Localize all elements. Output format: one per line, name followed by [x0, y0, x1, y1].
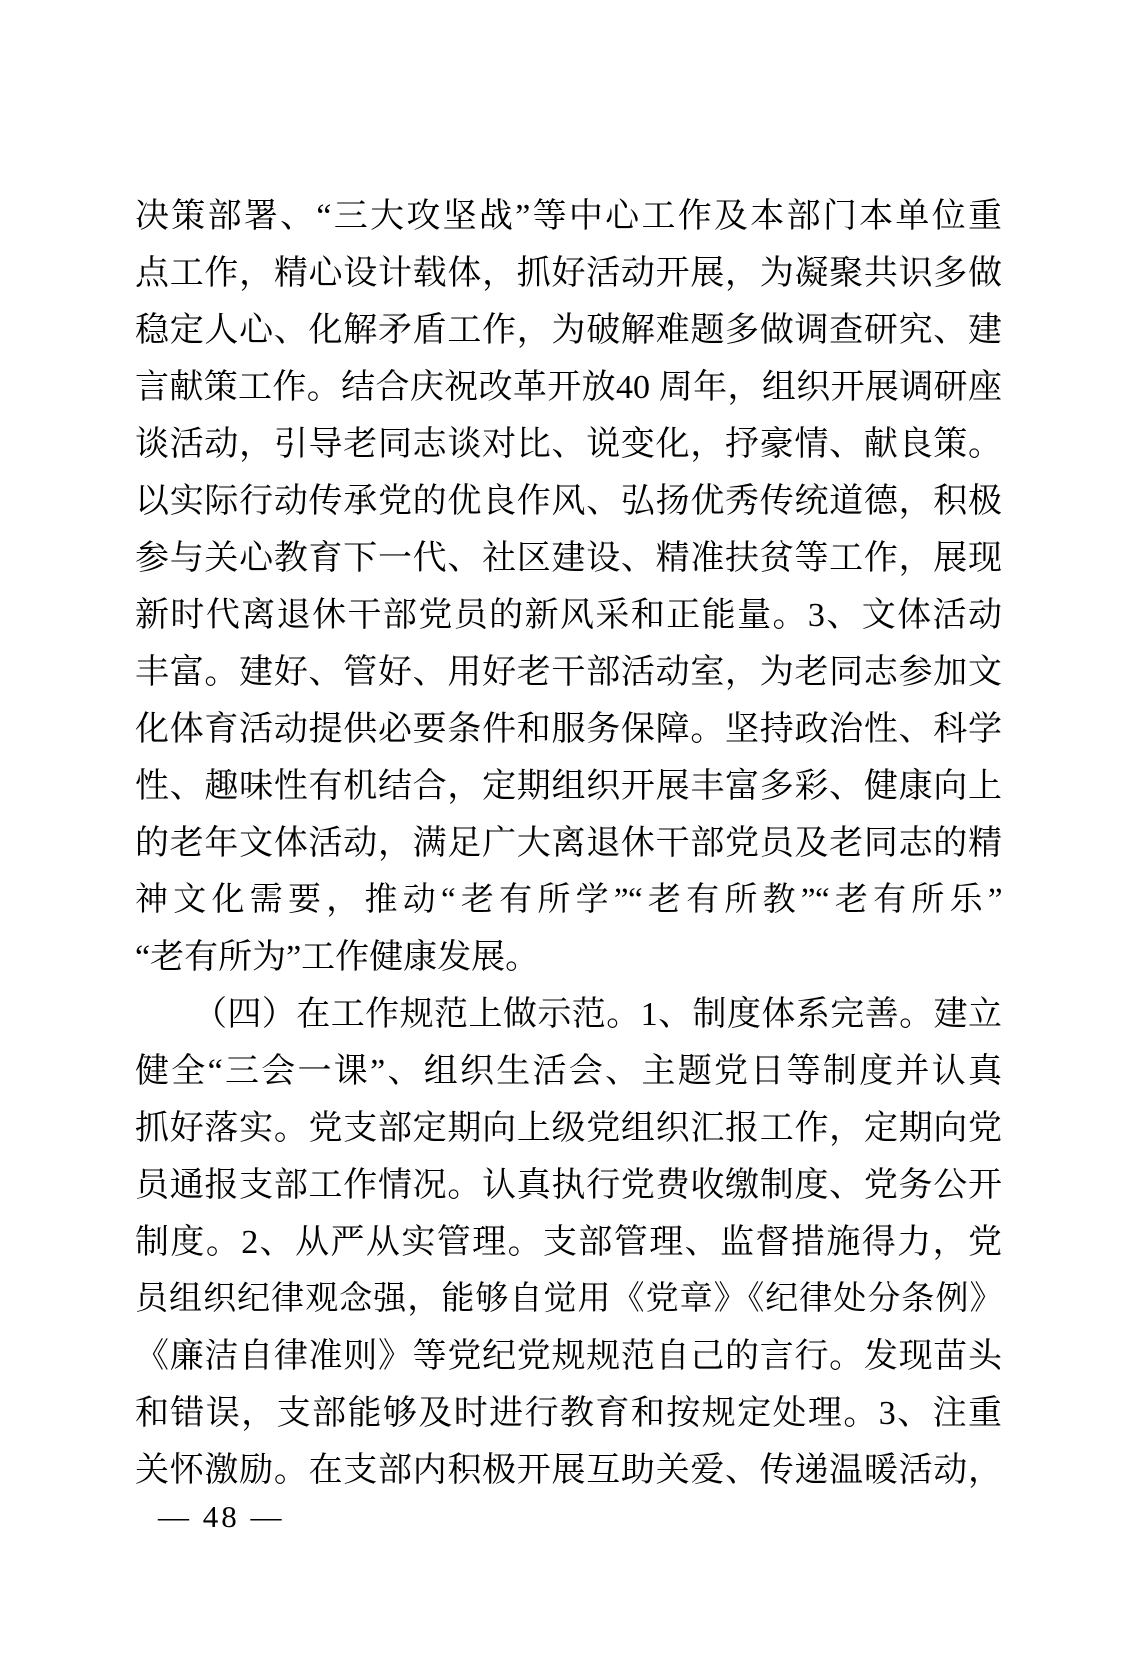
text-line: 丰富。建好、管好、用好老干部活动室，为老同志参加文	[135, 644, 1002, 701]
page-number: — 48 —	[158, 1498, 285, 1536]
text-line: 的老年文体活动，满足广大离退休干部党员及老同志的精	[135, 815, 1002, 872]
document-page: 决策部署、“三大攻坚战”等中心工作及本部门本单位重 点工作，精心设计载体，抓好活…	[0, 0, 1142, 1654]
text-line: 以实际行动传承党的优良作风、弘扬优秀传统道德，积极	[135, 473, 1002, 530]
text-line: 决策部署、“三大攻坚战”等中心工作及本部门本单位重	[135, 188, 1002, 245]
text-line: 性、趣味性有机结合，定期组织开展丰富多彩、健康向上	[135, 758, 1002, 815]
text-line: 化体育活动提供必要条件和服务保障。坚持政治性、科学	[135, 701, 1002, 758]
body-text: 决策部署、“三大攻坚战”等中心工作及本部门本单位重 点工作，精心设计载体，抓好活…	[135, 188, 1002, 1499]
text-line: 参与关心教育下一代、社区建设、精准扶贫等工作，展现	[135, 530, 1002, 587]
text-line: 《廉洁自律准则》等党纪党规规范自己的言行。发现苗头	[135, 1328, 1002, 1385]
text-line: 抓好落实。党支部定期向上级党组织汇报工作，定期向党	[135, 1100, 1002, 1157]
text-line: 稳定人心、化解矛盾工作，为破解难题多做调查研究、建	[135, 302, 1002, 359]
text-line: 新时代离退休干部党员的新风采和正能量。3、文体活动	[135, 587, 1002, 644]
text-line: 关怀激励。在支部内积极开展互助关爱、传递温暖活动，	[135, 1442, 1002, 1499]
text-line: 健全“三会一课”、组织生活会、主题党日等制度并认真	[135, 1043, 1002, 1100]
text-line: 制度。2、从严从实管理。支部管理、监督措施得力，党	[135, 1214, 1002, 1271]
text-line: 谈活动，引导老同志谈对比、说变化，抒豪情、献良策。	[135, 416, 1002, 473]
text-line: 员组织纪律观念强，能够自觉用《党章》《纪律处分条例》	[135, 1271, 1002, 1328]
text-line: 点工作，精心设计载体，抓好活动开展，为凝聚共识多做	[135, 245, 1002, 302]
text-line: 言献策工作。结合庆祝改革开放40 周年，组织开展调研座	[135, 359, 1002, 416]
text-line: 员通报支部工作情况。认真执行党费收缴制度、党务公开	[135, 1157, 1002, 1214]
text-line: “老有所为”工作健康发展。	[135, 929, 1002, 986]
text-line: （四）在工作规范上做示范。1、制度体系完善。建立	[135, 986, 1002, 1043]
text-line: 和错误，支部能够及时进行教育和按规定处理。3、注重	[135, 1385, 1002, 1442]
text-line: 神文化需要，推动“老有所学”“老有所教”“老有所乐”	[135, 872, 1002, 929]
